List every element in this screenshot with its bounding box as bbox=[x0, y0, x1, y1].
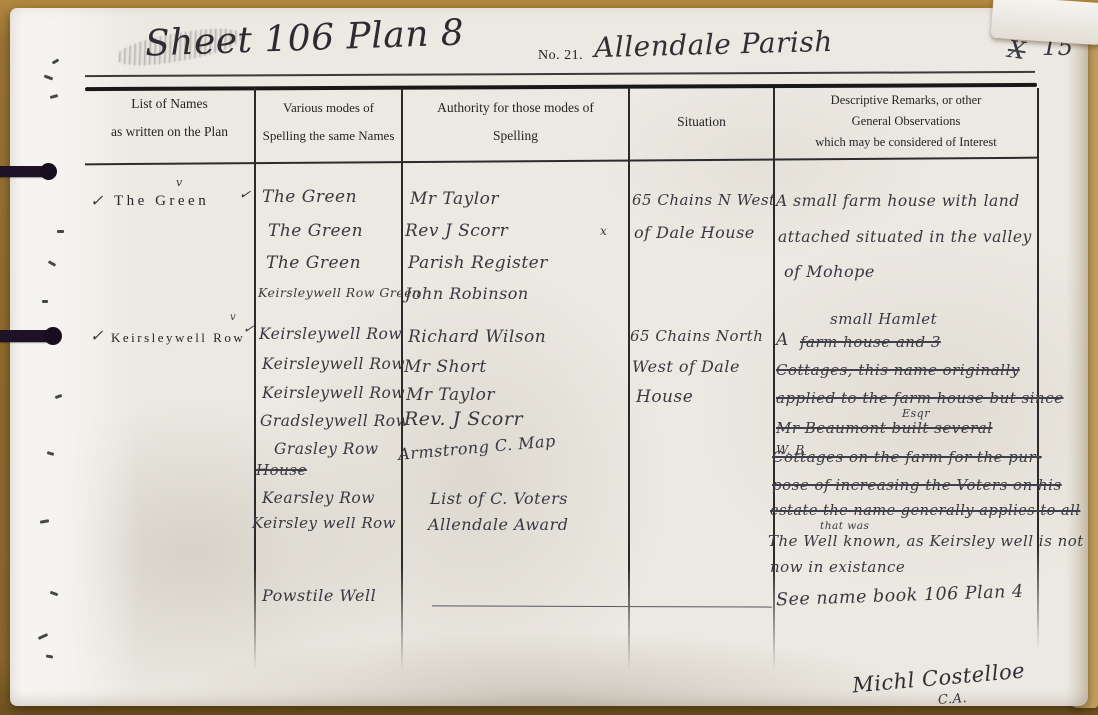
parish-title: Allendale Parish bbox=[594, 25, 834, 64]
remarks-line-struck: pose of increasing the Voters on his bbox=[772, 476, 1062, 494]
authority-entry: Richard Wilson bbox=[408, 327, 546, 347]
pen-dash-line bbox=[432, 605, 772, 607]
header-spelling-line1: Various modes of bbox=[256, 100, 401, 116]
ink-speck bbox=[42, 300, 48, 303]
check-mark: ✓ bbox=[238, 186, 253, 204]
ink-speck bbox=[50, 591, 59, 597]
spelling-entry: The Green bbox=[266, 253, 361, 273]
authority-entry: Parish Register bbox=[408, 253, 548, 273]
remarks-line: now in existance bbox=[770, 558, 905, 576]
spelling-entry: Keirsleywell Row bbox=[262, 384, 405, 402]
examiner-title: C.A. bbox=[938, 691, 968, 708]
ink-speck bbox=[57, 230, 64, 233]
examiner-signature: Michl Costelloe bbox=[851, 658, 1026, 697]
authority-entry: Mr Taylor bbox=[406, 385, 495, 405]
column-divider bbox=[401, 88, 403, 670]
situation-line: West of Dale bbox=[632, 357, 740, 376]
ink-speck bbox=[55, 394, 63, 399]
binding-stitch-knot bbox=[44, 327, 62, 345]
sheet-plan-title: Sheet 106 Plan 8 bbox=[144, 12, 465, 64]
caret-mark: v bbox=[176, 176, 183, 189]
binding-stitch-knot bbox=[40, 163, 57, 180]
header-situation: Situation bbox=[630, 114, 773, 130]
remarks-line: A small farm house with land bbox=[776, 192, 1020, 210]
title-rule bbox=[85, 71, 1035, 77]
situation-line: 65 Chains North bbox=[630, 327, 763, 345]
document-page: Sheet 106 Plan 8 No. 21. Allendale Paris… bbox=[10, 8, 1088, 706]
ink-speck bbox=[47, 451, 55, 456]
remarks-line-struck: farm house and 3 bbox=[800, 333, 941, 351]
authority-entry: List of C. Voters bbox=[430, 489, 568, 508]
annotation-mark: x bbox=[600, 224, 607, 238]
header-remarks-line3: which may be considered of Interest bbox=[775, 135, 1037, 150]
header-bottom-rule bbox=[85, 157, 1037, 166]
ink-speck bbox=[48, 260, 56, 267]
table-right-border bbox=[1037, 88, 1039, 648]
authority-entry: Rev. J Scorr bbox=[404, 408, 523, 430]
remarks-inserted: small Hamlet bbox=[830, 310, 937, 328]
ink-speck bbox=[38, 633, 48, 640]
situation-line: 65 Chains N West bbox=[632, 191, 776, 209]
header-authority-line1: Authority for those modes of bbox=[403, 100, 628, 116]
authority-entry: Mr Short bbox=[404, 357, 487, 377]
spelling-entry: The Green bbox=[268, 221, 363, 241]
spelling-entry: Keirsleywell Row bbox=[262, 355, 405, 373]
remarks-line-struck: Cottages, this name originally bbox=[776, 361, 1020, 379]
spelling-entry: Gradsleywell Row bbox=[260, 412, 409, 430]
spelling-entry: The Green bbox=[262, 187, 357, 207]
column-divider bbox=[254, 88, 256, 670]
ink-speck bbox=[40, 519, 49, 524]
column-divider bbox=[628, 88, 630, 670]
table-top-border bbox=[85, 83, 1037, 91]
ink-speck bbox=[52, 58, 60, 64]
spelling-entry: Keirsley well Row bbox=[252, 514, 396, 532]
header-names-line1: List of Names bbox=[85, 96, 254, 112]
remarks-line-struck: Cottages on the farm for the pur- bbox=[772, 448, 1042, 466]
authority-entry: Allendale Award bbox=[428, 515, 568, 534]
header-remarks-line2: General Observations bbox=[775, 114, 1037, 129]
ink-speck bbox=[46, 654, 53, 658]
number-label: No. 21. bbox=[538, 48, 583, 64]
spelling-entry: Grasley Row bbox=[274, 440, 379, 458]
remarks-lead: A bbox=[776, 330, 789, 350]
entry-name: The Green bbox=[114, 193, 209, 210]
remarks-line-struck: estate the name generally applies to all bbox=[770, 503, 1080, 519]
spelling-entry: Keirsleywell Row Green bbox=[258, 285, 421, 300]
ink-speck bbox=[50, 94, 59, 99]
situation-line: House bbox=[636, 387, 693, 407]
entry-name: Keirsleywell Row bbox=[111, 330, 245, 346]
spelling-entry: Keirsleywell Row bbox=[259, 325, 402, 343]
header-authority-line2: Spelling bbox=[403, 128, 628, 144]
header-names-line2: as written on the Plan bbox=[85, 124, 254, 140]
authority-entry: Mr Taylor bbox=[410, 189, 499, 209]
remarks-line-struck: Mr Beaumont built several bbox=[776, 419, 993, 437]
spelling-entry: Powstile Well bbox=[262, 586, 376, 605]
remarks-line: of Mohope bbox=[784, 262, 875, 281]
column-divider bbox=[773, 88, 775, 670]
caret-mark: v bbox=[230, 312, 236, 323]
header-spelling-line2: Spelling the same Names bbox=[256, 128, 401, 144]
page-content: Sheet 106 Plan 8 No. 21. Allendale Paris… bbox=[0, 0, 1098, 715]
remarks-line-struck: applied to the farm house but since bbox=[776, 389, 1064, 407]
remarks-line: attached situated in the valley bbox=[778, 228, 1032, 246]
remarks-line: See name book 106 Plan 4 bbox=[776, 582, 1024, 611]
remarks-inserted: that was bbox=[820, 520, 869, 532]
check-mark: ✓ bbox=[90, 326, 104, 345]
authority-entry: John Robinson bbox=[405, 284, 529, 303]
scanned-namebook-photo: { "header_area": { "sheet_title": "Sheet… bbox=[0, 0, 1098, 715]
situation-line: of Dale House bbox=[634, 223, 755, 242]
remarks-line: The Well known, as Keirsley well is not bbox=[768, 532, 1084, 550]
spelling-entry-struck: House bbox=[256, 461, 307, 479]
ink-speck bbox=[44, 75, 53, 81]
spelling-entry: Kearsley Row bbox=[262, 489, 375, 507]
authority-entry: Rev J Scorr bbox=[405, 221, 508, 241]
authority-entry: Armstrong C. Map bbox=[397, 431, 556, 464]
check-mark: ✓ bbox=[90, 191, 104, 210]
header-remarks-line1: Descriptive Remarks, or other bbox=[775, 93, 1037, 108]
